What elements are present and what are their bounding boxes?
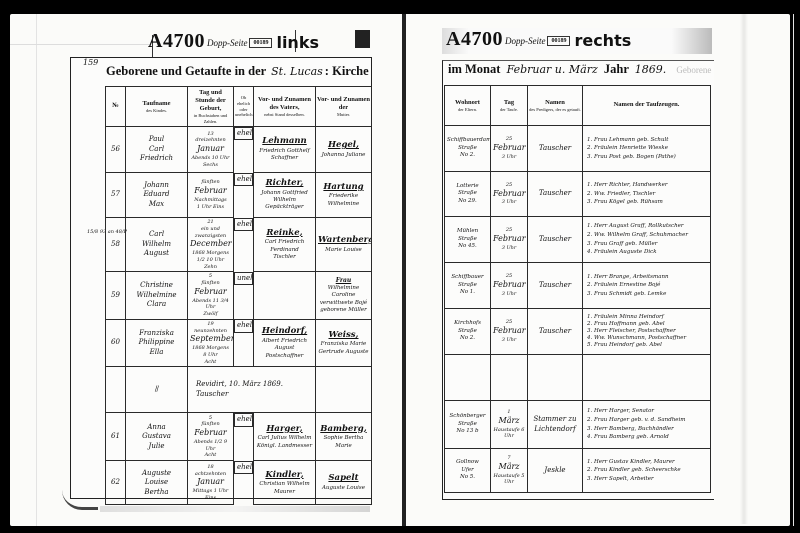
stamp-side: links bbox=[276, 33, 319, 52]
title-suffix: Kirche bbox=[332, 64, 369, 78]
father: Kindler,Christian WilhelmMaurer bbox=[254, 461, 316, 505]
birth-date: fünftenFebruarNachmittags1 Uhr Eins bbox=[188, 173, 234, 218]
title-year: 1869. bbox=[635, 63, 667, 76]
mother: WartenbergMarie Louise bbox=[316, 218, 372, 272]
preacher: Tauscher bbox=[528, 309, 583, 355]
table-row: KirchhofsStraßeNo 2. 25Februar3 Uhr Taus… bbox=[445, 309, 711, 355]
godparents: 1. Herr Richter, Handwerker2. Ww. Friedl… bbox=[583, 172, 711, 217]
father: Heindorf,Albert Friedrich AugustPostscha… bbox=[254, 319, 316, 367]
page-bottom-shadow bbox=[100, 506, 370, 512]
table-row: 59 ChristineWilhelmineClara 5fünftenFebr… bbox=[106, 272, 372, 320]
child-name: CarlWilhelmAugust bbox=[126, 218, 188, 272]
residence: SchönbergerStraßeNo 13 b bbox=[445, 401, 491, 449]
godparents: 1. Herr Brange, Arbeitsmann2. Fräulein E… bbox=[583, 263, 711, 309]
child-name: ChristineWilhelmineClara bbox=[126, 272, 188, 320]
baptism-register-left: № Taufnamedes Kindes. Tag und Stunde der… bbox=[105, 86, 372, 505]
stamp-code: A4700 bbox=[446, 28, 503, 51]
birth-date: 5fünftenFebruarAbends 11 3/4 UhrZwölf bbox=[188, 272, 234, 320]
col-residence: Wohnortder Eltern. bbox=[445, 86, 491, 126]
col-mother: Vor- und Zunamen derMutter. bbox=[316, 87, 372, 127]
legitimacy: ehelich bbox=[234, 413, 253, 426]
legitimacy: ehelich bbox=[234, 461, 253, 474]
legitimacy: ehelich bbox=[234, 319, 253, 332]
empty-row bbox=[445, 355, 711, 401]
stamp-marker bbox=[355, 30, 370, 48]
header-row: № Taufnamedes Kindes. Tag und Stunde der… bbox=[106, 87, 372, 127]
father: Reinke,Carl Friedrich FerdinandTischler bbox=[254, 218, 316, 272]
title-prefix: Geborene und Getaufte in der bbox=[106, 64, 266, 78]
child-name: AugusteLouiseBertha bbox=[126, 461, 188, 505]
title-months: Februar u. März bbox=[507, 63, 598, 76]
table-row: 62 AugusteLouiseBertha 18achtzehntenJanu… bbox=[106, 461, 372, 505]
preacher: Tauscher bbox=[528, 263, 583, 309]
baptism-date: 25Februar3 Uhr bbox=[491, 263, 528, 309]
stamp-left: A4700 Dopp-Seite 00189 links bbox=[148, 30, 319, 53]
strike-mark: // bbox=[126, 367, 188, 413]
col-child-name: Taufnamedes Kindes. bbox=[126, 87, 188, 127]
godparents: 1. Fräulein Minna Heindorf2. Frau Hoffma… bbox=[583, 309, 711, 355]
godparents: 1. Herr Harger, Senator2. Frau Harger ge… bbox=[583, 401, 711, 449]
col-legitimacy: Ob ehelichoder unehelich. bbox=[234, 87, 254, 127]
col-preacher: Namendes Predigers, der es getauft. bbox=[528, 86, 583, 126]
preacher: Stammer zu Lichtendorf bbox=[528, 401, 583, 449]
godparents: 1. Herr August Graff, Rollkutscher2. Ww.… bbox=[583, 217, 711, 263]
table-row: 60 FranziskaPhilippineElla 19neunzehnten… bbox=[106, 319, 372, 367]
baptism-date: 25Februar3 Uhr bbox=[491, 217, 528, 263]
baptism-date: 25Februar3 Uhr bbox=[491, 126, 528, 172]
baptism-register-right: Wohnortder Eltern. Tagder Taufe. Namende… bbox=[444, 85, 711, 493]
stamp-side: rechts bbox=[574, 31, 631, 50]
baptism-date: 7MärzHaustaufe 5 Uhr bbox=[491, 449, 528, 493]
residence: KirchhofsStraßeNo 2. bbox=[445, 309, 491, 355]
residence: MühlenStraßeNo 45. bbox=[445, 217, 491, 263]
bleed-through-text: Geborene bbox=[676, 65, 711, 75]
mother: HartungFriederike Wilhelmine bbox=[316, 173, 372, 218]
legitimacy: unehelich bbox=[234, 272, 253, 285]
table-row: SchiffbauerStraßeNo 1. 25Februar3 Uhr Ta… bbox=[445, 263, 711, 309]
table-row: 61 AnnaGustavaJulie 5fünftenFebruarAbend… bbox=[106, 413, 372, 461]
birth-date: 13dreizehntenJanuarAbends 10 UhrSechs bbox=[188, 127, 234, 173]
entry-number: 58 bbox=[106, 218, 126, 272]
stamp-code: A4700 bbox=[148, 30, 205, 53]
table-row: SchiffbauerdammStraßeNo 2. 25Februar3 Uh… bbox=[445, 126, 711, 172]
entry-number: 56 bbox=[106, 127, 126, 173]
page-edge-right bbox=[793, 14, 794, 526]
table-row: 56 PaulCarlFriedrich 13dreizehntenJanuar… bbox=[106, 127, 372, 173]
birth-date: 21ein und zwanzigstenDecember1868 Morgen… bbox=[188, 218, 234, 272]
header-row: Wohnortder Eltern. Tagder Taufe. Namende… bbox=[445, 86, 711, 126]
mother: FrauWilhelmine Caroline verwittwete Bojé… bbox=[316, 272, 372, 320]
child-name: PaulCarlFriedrich bbox=[126, 127, 188, 173]
mother: SapeltAuguste Louise bbox=[316, 461, 372, 505]
godparents: 1. Frau Lehmann geb. Schult2. Fräulein H… bbox=[583, 126, 711, 172]
col-birth: Tag und Stunde der Geburt,in Buchstaben … bbox=[188, 87, 234, 127]
father: Harger,Carl Julius WilhelmKönigl. Landme… bbox=[254, 413, 316, 461]
table-row: 58 CarlWilhelmAugust 21ein und zwanzigst… bbox=[106, 218, 372, 272]
child-name: FranziskaPhilippineElla bbox=[126, 319, 188, 367]
birth-date: 18achtzehntenJanuarMittags 1 UhrEins bbox=[188, 461, 234, 505]
table-row: 57 JohannEduardMax fünftenFebruarNachmit… bbox=[106, 173, 372, 218]
stamp-rule bbox=[10, 44, 150, 45]
father: LehmannFriedrich GotthelfSchaffner bbox=[254, 127, 316, 173]
preacher: Jeskle bbox=[528, 449, 583, 493]
table-row: SchönbergerStraßeNo 13 b 1MärzHaustaufe … bbox=[445, 401, 711, 449]
preacher: Tauscher bbox=[528, 126, 583, 172]
legitimacy: ehelich bbox=[234, 173, 253, 186]
residence: SchiffbauerdammStraßeNo 2. bbox=[445, 126, 491, 172]
page-number: 159 bbox=[83, 58, 98, 67]
stamp-number: 00189 bbox=[547, 36, 570, 46]
table-row: GollnowUferNo 5. 7MärzHaustaufe 5 Uhr Je… bbox=[445, 449, 711, 493]
child-name: AnnaGustavaJulie bbox=[126, 413, 188, 461]
page-fold-shadow bbox=[740, 14, 748, 524]
stamp-number: 00189 bbox=[249, 38, 272, 48]
stamp-right: A4700 Dopp-Seite 00189 rechts bbox=[446, 28, 631, 51]
table-row: MühlenStraßeNo 45. 25Februar3 Uhr Tausch… bbox=[445, 217, 711, 263]
mother: Weiss,Franziska Marie Gertrude Auguste bbox=[316, 319, 372, 367]
book-gutter bbox=[402, 14, 406, 526]
entry-number: 59 bbox=[106, 272, 126, 320]
table-row: LotterieStraßeNo 29. 25Februar3 Uhr Taus… bbox=[445, 172, 711, 217]
title-year-label: Jahr bbox=[604, 62, 629, 76]
register-title-right: im Monat Februar u. März Jahr 1869. Gebo… bbox=[448, 62, 711, 77]
birth-date: 5fünftenFebruarAbends 1/2 9 UhrAcht bbox=[188, 413, 234, 461]
preacher bbox=[528, 355, 583, 401]
entry-number bbox=[106, 367, 126, 413]
church-name: St. Lucas bbox=[271, 65, 323, 78]
mother bbox=[316, 367, 372, 413]
godparents bbox=[583, 355, 711, 401]
entry-number: 60 bbox=[106, 319, 126, 367]
preacher: Tauscher bbox=[528, 217, 583, 263]
col-number: № bbox=[106, 87, 126, 127]
residence: SchiffbauerStraßeNo 1. bbox=[445, 263, 491, 309]
page-edge-left bbox=[36, 14, 37, 526]
child-name: JohannEduardMax bbox=[126, 173, 188, 218]
legitimacy: ehelich bbox=[234, 127, 253, 140]
residence: GollnowUferNo 5. bbox=[445, 449, 491, 493]
baptism-date: 25Februar3 Uhr bbox=[491, 309, 528, 355]
godparents: 1. Herr Gustav Kindler, Maurer2. Frau Ki… bbox=[583, 449, 711, 493]
col-godparents: Namen der Taufzeugen. bbox=[583, 86, 711, 126]
mother: Bamberg,Sophie Bertha Marie bbox=[316, 413, 372, 461]
stamp-dopp: Dopp-Seite bbox=[207, 38, 248, 48]
col-baptism-day: Tagder Taufe. bbox=[491, 86, 528, 126]
entry-number: 57 bbox=[106, 173, 126, 218]
mother: Hegel,Johanna Juliane bbox=[316, 127, 372, 173]
residence: LotterieStraßeNo 29. bbox=[445, 172, 491, 217]
col-father: Vor- und Zunamen des Vaters,nebst Stand … bbox=[254, 87, 316, 127]
legitimacy: ehelich bbox=[234, 218, 253, 231]
title-prefix: im Monat bbox=[448, 62, 500, 76]
baptism-date: 1MärzHaustaufe 6 Uhr bbox=[491, 401, 528, 449]
residence bbox=[445, 355, 491, 401]
baptism-date bbox=[491, 355, 528, 401]
birth-date: 19neunzehntenSeptember1868 Morgens 8 Uhr… bbox=[188, 319, 234, 367]
baptism-date: 25Februar3 Uhr bbox=[491, 172, 528, 217]
revision-note: Revidirt, 10. März 1869. Tauscher bbox=[188, 367, 316, 413]
father: Richter,Johann Gottfried WilhelmGepäcktr… bbox=[254, 173, 316, 218]
stamp-dopp: Dopp-Seite bbox=[505, 36, 546, 46]
register-title-left: Geborene und Getaufte in der St. Lucas: … bbox=[106, 64, 369, 79]
father bbox=[254, 272, 316, 320]
preacher: Tauscher bbox=[528, 172, 583, 217]
entry-number: 61 bbox=[106, 413, 126, 461]
revision-row: // Revidirt, 10. März 1869. Tauscher bbox=[106, 367, 372, 413]
entry-number: 62 bbox=[106, 461, 126, 505]
